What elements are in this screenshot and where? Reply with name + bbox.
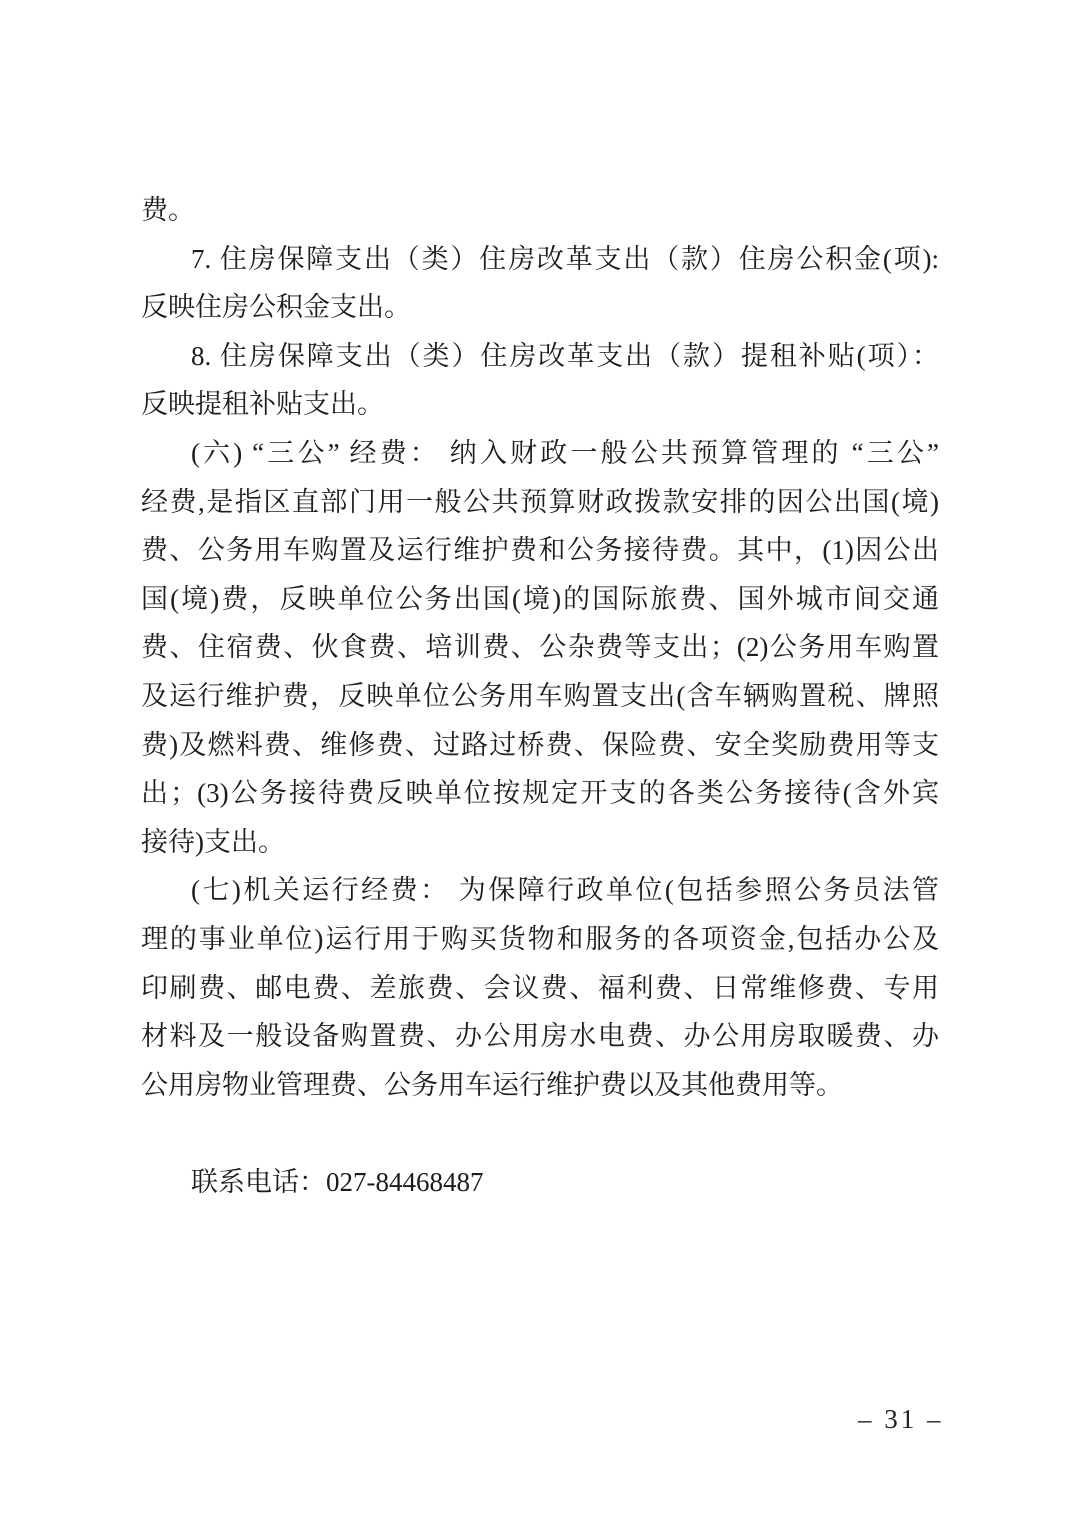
document-page: 费。 7. 住房保障支出（类）住房改革支出（款）住房公积金(项): 反映住房公积… (0, 0, 1074, 1520)
page-number: – 31 – (858, 1404, 944, 1435)
document-line: (六) “三公” 经费： 纳入财政一般公共预算管理的 “三公” (141, 429, 939, 478)
document-line: 费。 (141, 186, 939, 235)
document-line: 费、住宿费、伙食费、培训费、公杂费等支出；(2)公务用车购置 (141, 623, 939, 672)
document-line: 印刷费、邮电费、差旅费、会议费、福利费、日常维修费、专用 (141, 964, 939, 1013)
document-line: 8. 住房保障支出（类）住房改革支出（款）提租补贴(项）： (141, 332, 939, 381)
document-line: 材料及一般设备购置费、办公用房水电费、办公用房取暖费、办 (141, 1012, 939, 1061)
document-line: 及运行维护费，反映单位公务用车购置支出(含车辆购置税、牌照 (141, 672, 939, 721)
document-line: 7. 住房保障支出（类）住房改革支出（款）住房公积金(项): (141, 235, 939, 284)
document-line: 费)及燃料费、维修费、过路过桥费、保险费、安全奖励费用等支 (141, 721, 939, 770)
document-body: 费。 7. 住房保障支出（类）住房改革支出（款）住房公积金(项): 反映住房公积… (141, 186, 939, 1206)
document-line: 费、公务用车购置及运行维护费和公务接待费。其中，(1)因公出 (141, 526, 939, 575)
document-line: 理的事业单位)运行用于购买货物和服务的各项资金,包括办公及 (141, 915, 939, 964)
contact-phone-line: 联系电话：027-84468487 (141, 1158, 939, 1207)
document-line: (七)机关运行经费： 为保障行政单位(包括参照公务员法管 (141, 866, 939, 915)
document-line: 公用房物业管理费、公务用车运行维护费以及其他费用等。 (141, 1061, 939, 1110)
document-line: 反映住房公积金支出。 (141, 283, 939, 332)
document-line: 国(境)费，反映单位公务出国(境)的国际旅费、国外城市间交通 (141, 575, 939, 624)
document-line: 经费,是指区直部门用一般公共预算财政拨款安排的因公出国(境) (141, 478, 939, 527)
document-line: 接待)支出。 (141, 818, 939, 867)
document-line: 出；(3)公务接待费反映单位按规定开支的各类公务接待(含外宾 (141, 769, 939, 818)
document-line: 反映提租补贴支出。 (141, 380, 939, 429)
